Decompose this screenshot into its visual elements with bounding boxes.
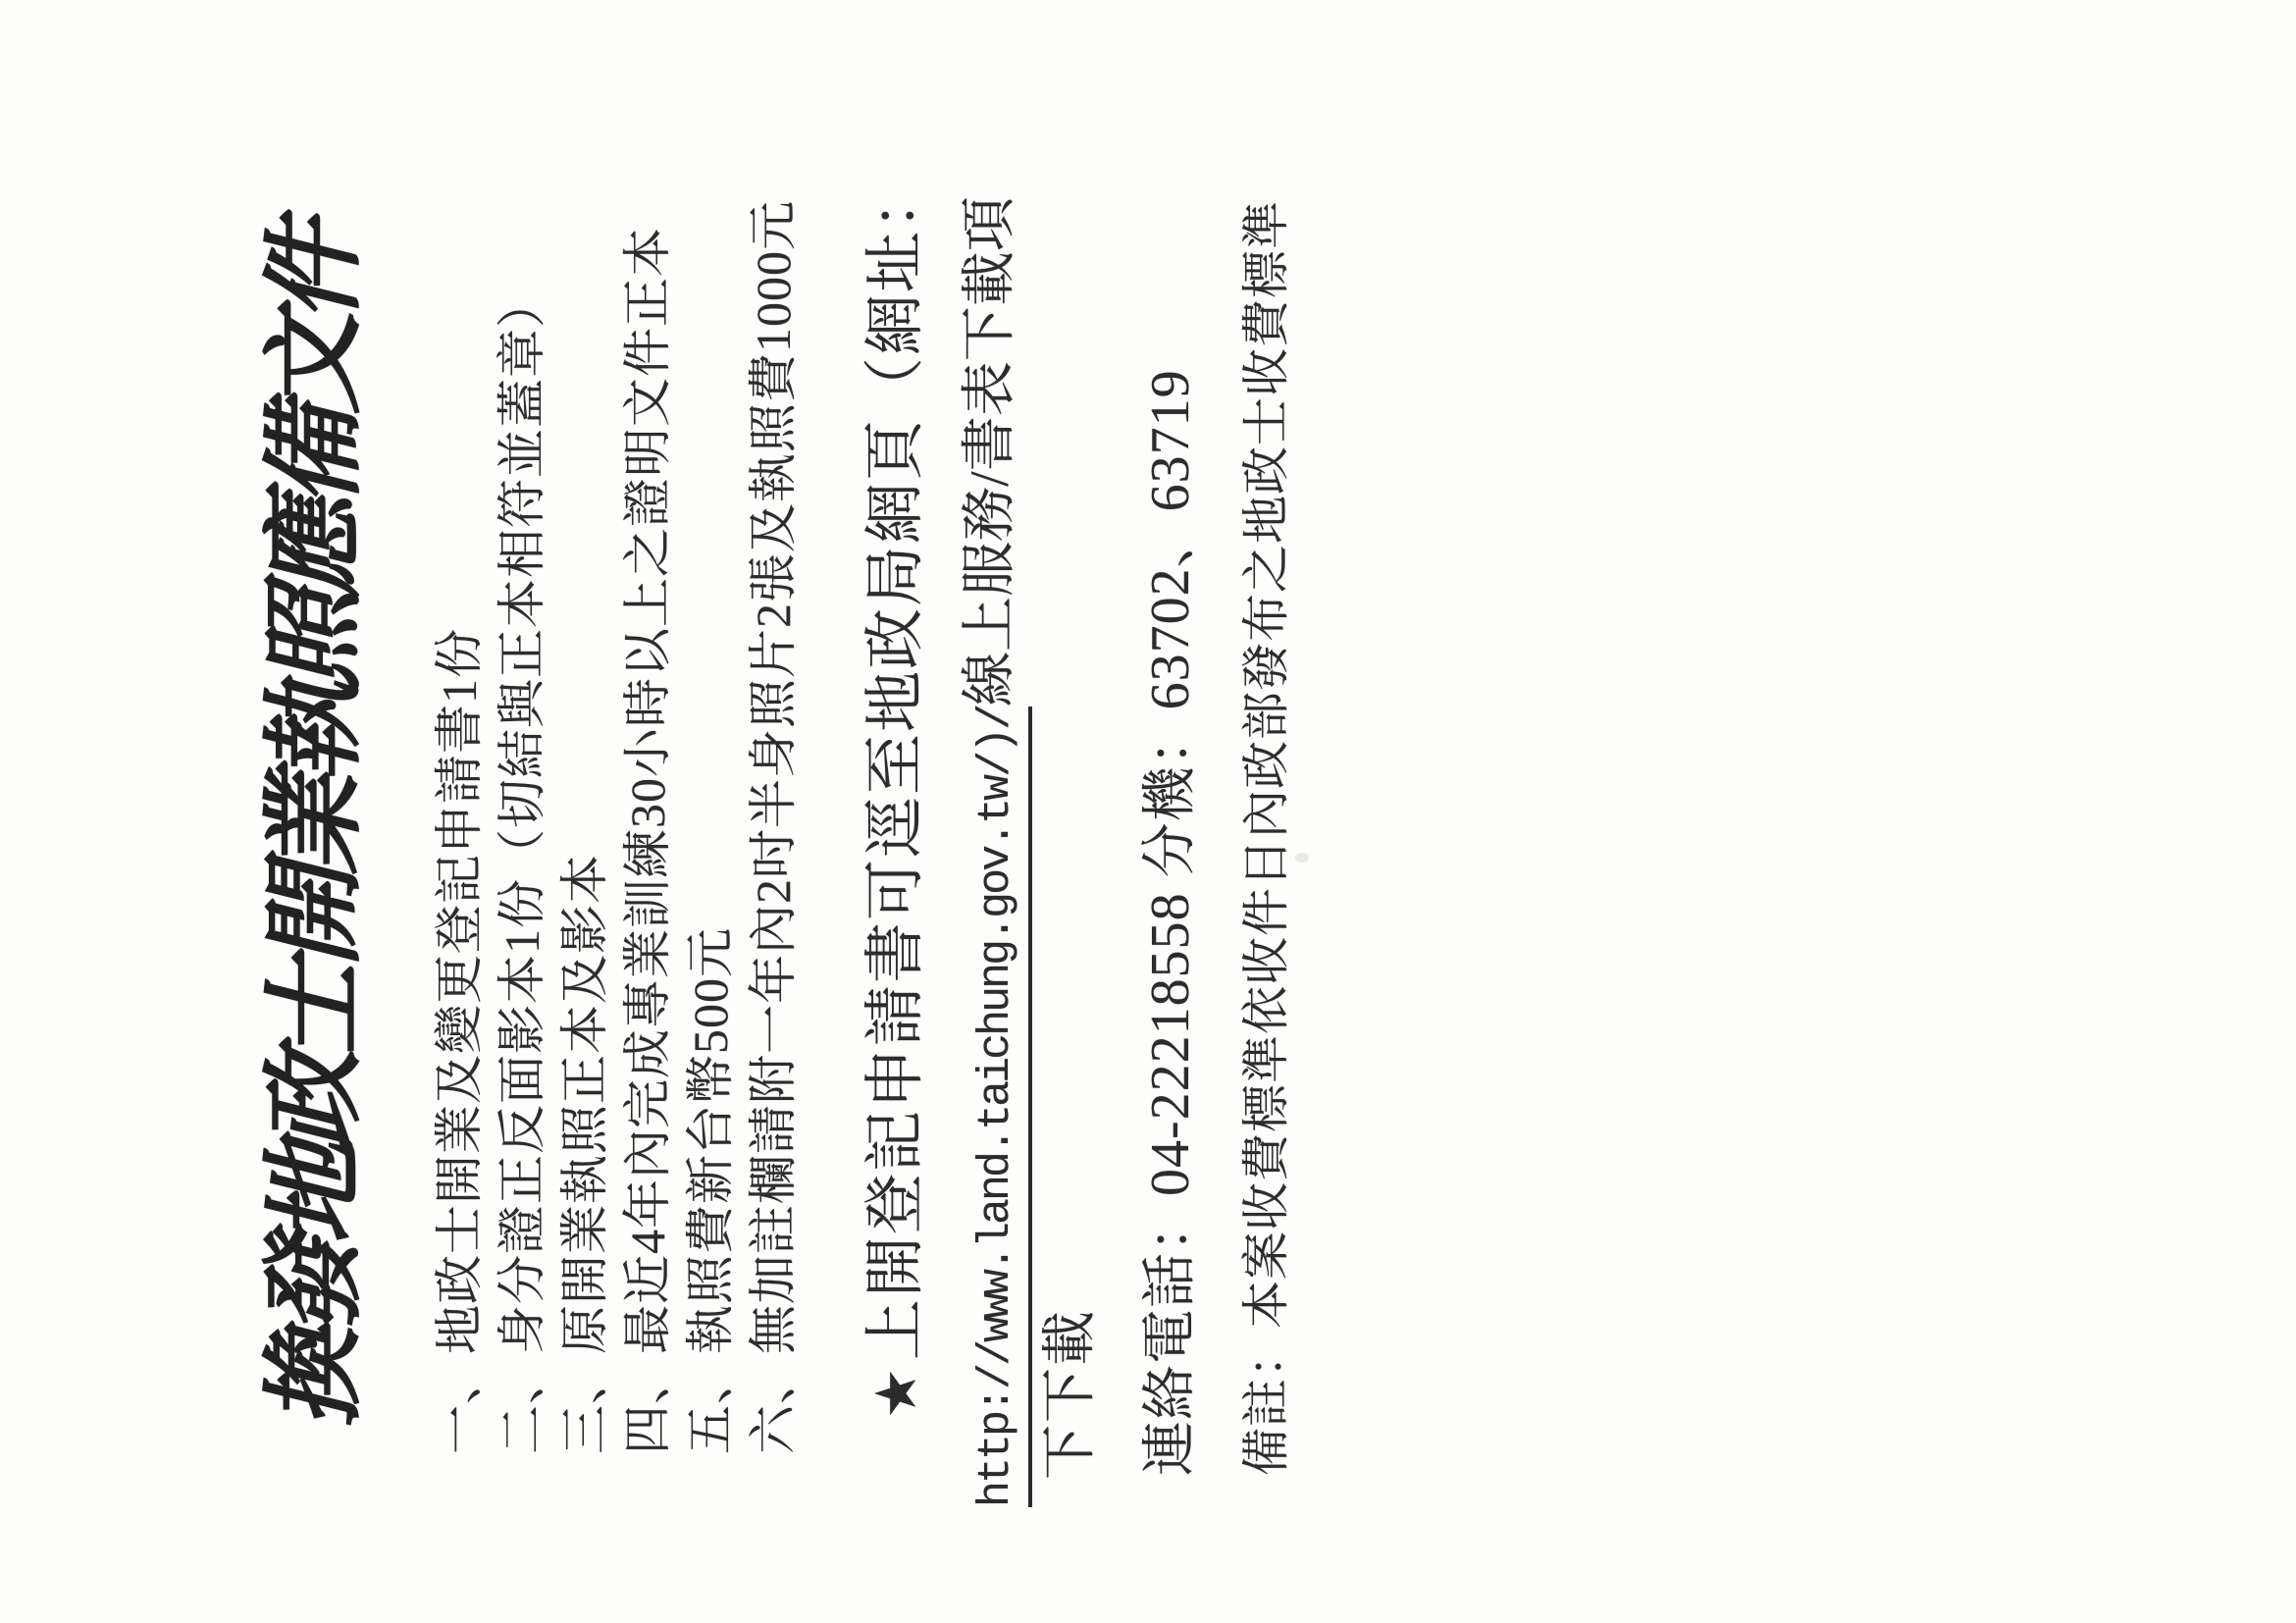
remark-line: 備註：本案收費標準依收件日內政部發布之地政士收費標準 [1228, 200, 1297, 1476]
note-continuation: 下下載 [1026, 1309, 1105, 1480]
list-item-3: 三、原開業執照正本及影本 [546, 854, 616, 1454]
document-page: 換發地政士開業執照應備文件 一、地政士開業及變更登記申請書1份 二、身分證正反面… [0, 0, 2296, 1623]
page-title: 換發地政士開業執照應備文件 [232, 230, 379, 1429]
url-line: http://www.land.taichung.gov.tw/)/線上服務/書… [946, 196, 1024, 1507]
scan-smudge [1295, 853, 1309, 863]
contact-phone-line: 連絡電話：04-22218558 分機：63702、63719 [1126, 369, 1205, 1476]
website-url: http://www.land.taichung.gov.tw/)/ [971, 707, 1032, 1507]
list-item-5: 五、執照費新台幣500元 [671, 927, 742, 1454]
star-note-text: 上開登記申請書可逕至地政局網頁（網址： [862, 167, 929, 1360]
scanned-document: 換發地政士開業執照應備文件 一、地政士開業及變更登記申請書1份 二、身分證正反面… [0, 0, 2296, 1623]
list-item-4: 四、最近4年內完成專業訓練30小時以上之證明文件正本 [608, 227, 679, 1454]
star-icon: ★ [864, 1366, 928, 1419]
list-item-6: 六、無加註欄請附一年內2吋半身照片2張及執照費1000元 [734, 200, 805, 1454]
url-path-text: 線上服務/書表下載項 [960, 196, 1020, 707]
list-item-1: 一、地政士開業及變更登記申請書1份 [420, 628, 491, 1454]
list-item-2: 二、身分證正反面影本1份（切結與正本相符並蓋章） [483, 278, 553, 1454]
star-note-line: ★上開登記申請書可逕至地政局網頁（網址： [846, 167, 933, 1419]
